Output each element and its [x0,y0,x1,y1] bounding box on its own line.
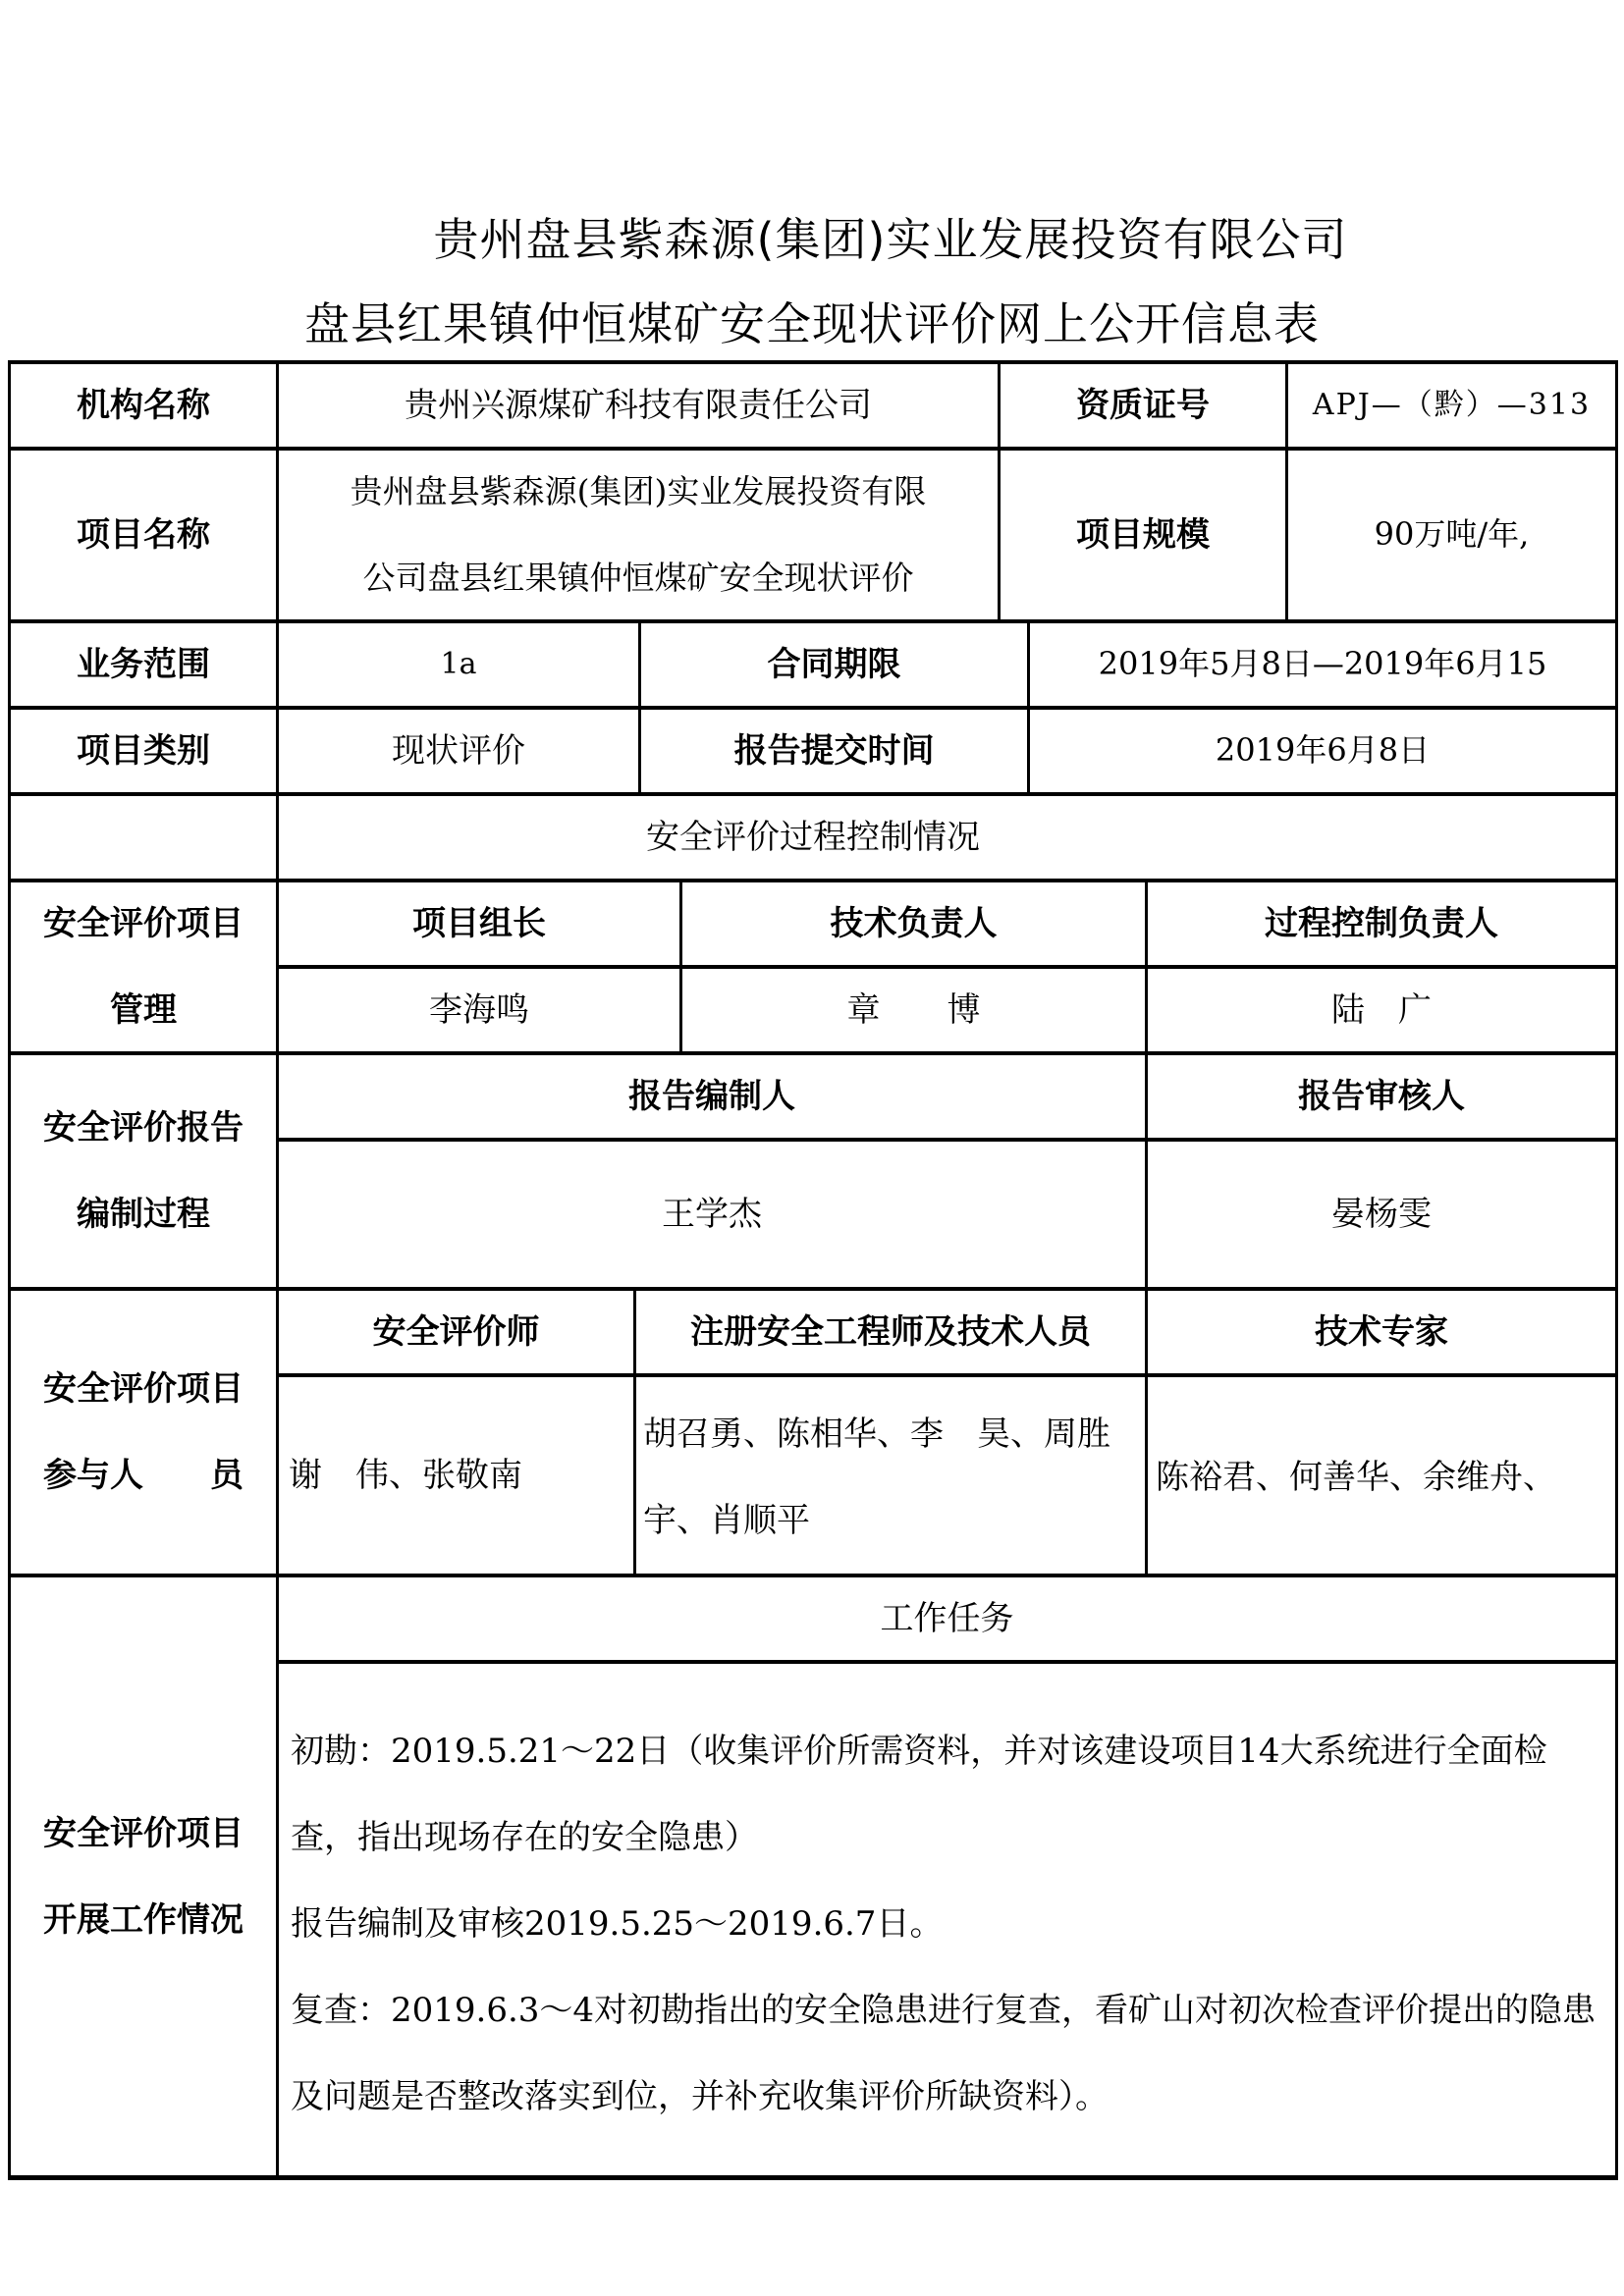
work-item-report-compile: 报告编制及审核2019.5.25～2019.6.7日。 [291,1881,1611,1967]
cert-label: 资质证号 [1001,364,1285,447]
work-content: 初勘：2019.5.21～22日（收集评价所需资料，并对该建设项目14大系统进行… [291,1708,1611,2140]
staff-header-expert: 技术专家 [1148,1291,1615,1373]
project-value-line1: 贵州盘县紫森源(集团)实业发展投资有限 [351,449,927,535]
project-label: 项目名称 [11,451,276,619]
mgmt-label-line2: 管理 [110,967,177,1053]
contract-label: 合同期限 [641,623,1027,706]
staff-header-engineer: 注册安全工程师及技术人员 [636,1291,1145,1373]
report-value-author: 王学杰 [279,1142,1145,1287]
mgmt-value-control: 陆 广 [1148,969,1615,1051]
mgmt-header-leader: 项目组长 [279,882,679,965]
contract-value: 2019年5月8日—2019年6月15 [1030,623,1615,706]
submit-label: 报告提交时间 [641,710,1027,792]
mgmt-value-tech: 章 博 [682,969,1145,1051]
report-value-reviewer: 晏杨雯 [1148,1142,1615,1287]
org-label: 机构名称 [11,364,276,447]
scope-label: 业务范围 [11,623,276,706]
org-value: 贵州兴源煤矿科技有限责任公司 [279,364,998,447]
work-label-line1: 安全评价项目 [43,1790,244,1877]
staff-label-line2: 参与人 员 [43,1432,244,1519]
project-value: 贵州盘县紫森源(集团)实业发展投资有限 公司盘县红果镇仲恒煤矿安全现状评价 [279,451,998,619]
staff-label: 安全评价项目 参与人 员 [11,1291,276,1574]
staff-value-expert: 陈裕君、何善华、余维舟、 [1156,1377,1568,1574]
cert-value: APJ—（黔）—313 [1288,364,1615,447]
report-label-line1: 安全评价报告 [43,1085,244,1171]
work-item-recheck: 复查：2019.6.3～4对初勘指出的安全隐患进行复查，看矿山对初次检查评价提出… [291,1967,1611,2140]
document-title-line1: 贵州盘县紫森源(集团)实业发展投资有限公司 [0,204,1624,269]
report-label: 安全评价报告 编制过程 [11,1055,276,1287]
document-title-line2: 盘县红果镇仲恒煤矿安全现状评价网上公开信息表 [0,289,1624,353]
report-label-line2: 编制过程 [77,1171,210,1257]
mgmt-label: 安全评价项目 管理 [11,882,276,1051]
work-label: 安全评价项目 开展工作情况 [11,1577,276,2176]
staff-value-engineer: 胡召勇、陈相华、李 昊、周胜宇、肖顺平 [643,1377,1142,1574]
category-label: 项目类别 [11,710,276,792]
report-header-reviewer: 报告审核人 [1148,1055,1615,1138]
section-title: 安全评价过程控制情况 [11,796,1615,879]
staff-label-line1: 安全评价项目 [43,1346,244,1432]
table-border-right [1615,360,1618,2178]
row-line [276,1660,1618,1664]
work-label-line2: 开展工作情况 [43,1877,244,1963]
work-item-initial-survey: 初勘：2019.5.21～22日（收集评价所需资料，并对该建设项目14大系统进行… [291,1708,1611,1881]
mgmt-header-control: 过程控制负责人 [1148,882,1615,965]
mgmt-header-tech: 技术负责人 [682,882,1145,965]
staff-header-evaluator: 安全评价师 [279,1291,633,1373]
scale-label: 项目规模 [1001,451,1285,619]
report-header-author: 报告编制人 [279,1055,1145,1138]
staff-value-evaluator: 谢 伟、张敬南 [289,1377,630,1574]
work-header: 工作任务 [279,1577,1615,1660]
submit-value: 2019年6月8日 [1030,710,1615,792]
scope-value: 1a [279,623,638,706]
project-value-line2: 公司盘县红果镇仲恒煤矿安全现状评价 [363,535,914,621]
mgmt-value-leader: 李海鸣 [279,969,679,1051]
mgmt-label-line1: 安全评价项目 [43,881,244,967]
scale-value: 90万吨/年, [1288,451,1615,619]
category-value: 现状评价 [279,710,638,792]
